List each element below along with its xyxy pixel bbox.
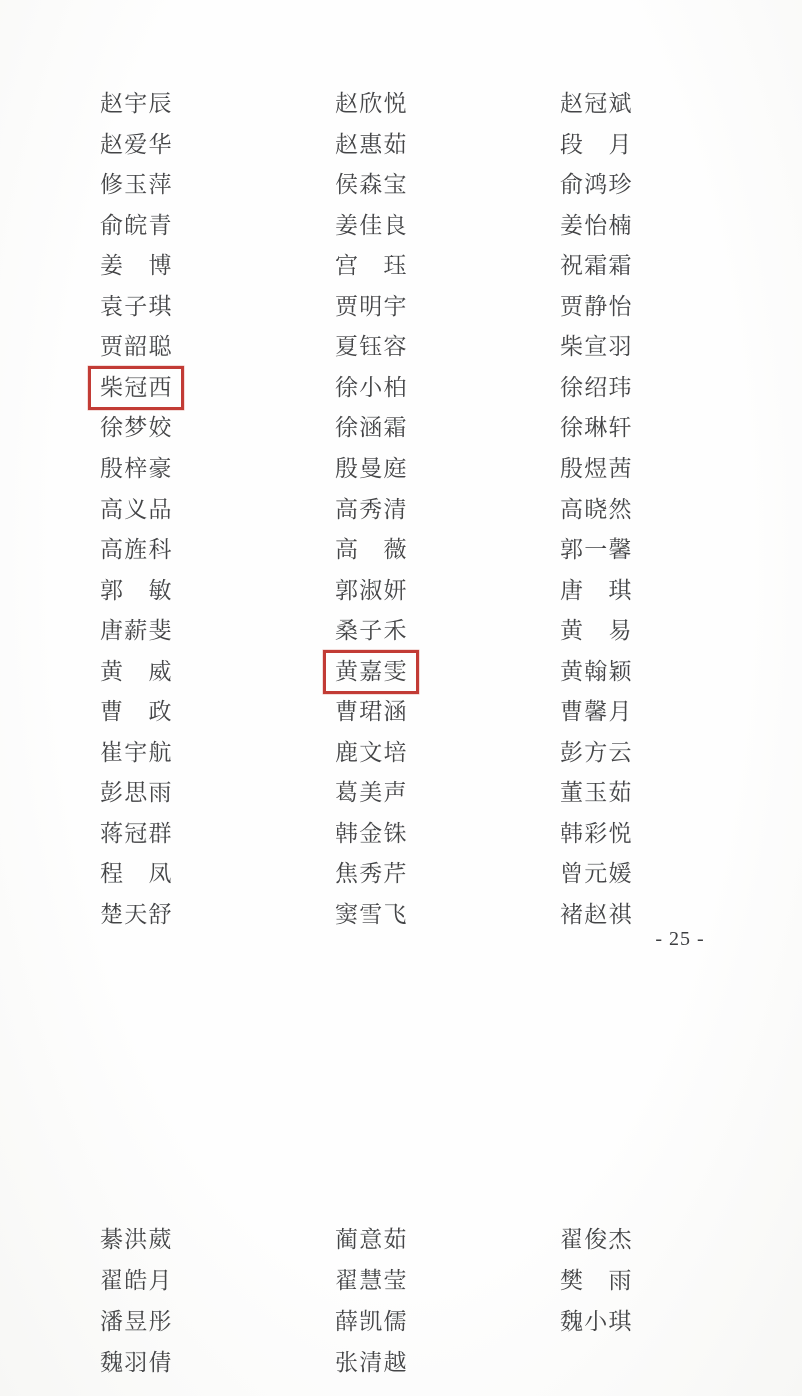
name-cell: 赵宇辰 [100,90,172,118]
name-cell: 段月 [560,131,632,159]
name-cell: 殷曼庭 [335,455,407,483]
name-cell: 徐涵霜 [335,414,407,442]
name-cell: 徐梦姣 [100,414,172,442]
name-cell: 崔宇航 [100,739,172,767]
name-cell: 楚天舒 [100,901,172,929]
name-cell: 姜博 [100,252,172,280]
name-cell: 高晓然 [560,496,632,524]
name-cell: 蒋冠群 [100,820,172,848]
name-cell: 潘昱彤 [100,1308,172,1336]
name-cell: 葛美声 [335,779,407,807]
name-cell: 徐绍玮 [560,374,632,402]
name-cell: 俞皖青 [100,212,172,240]
name-cell: 韩彩悦 [560,820,632,848]
name-cell: 徐琳轩 [560,414,632,442]
name-cell: 韩金铢 [335,820,407,848]
name-cell: 侯森宝 [335,171,407,199]
name-cell: 祝霜霜 [560,252,632,280]
page-number: - 25 - [648,928,712,951]
name-cell: 彭思雨 [100,779,172,807]
name-cell: 郭一馨 [560,536,632,564]
name-cell: 殷煜茜 [560,455,632,483]
name-cell: 赵欣悦 [335,90,407,118]
name-cell: 魏小琪 [560,1308,632,1336]
highlighted-name-cell: 柴冠西 [88,366,184,410]
name-cell: 赵爱华 [100,131,172,159]
name-cell: 宫珏 [335,252,407,280]
name-cell: 焦秀芹 [335,860,407,888]
name-cell: 翟皓月 [100,1267,172,1295]
name-cell: 高秀清 [335,496,407,524]
name-cell: 袁子琪 [100,293,172,321]
name-cell: 樊雨 [560,1267,632,1295]
name-cell: 彭方云 [560,739,632,767]
name-cell: 贾韶聪 [100,333,172,361]
scanned-page: 赵宇辰赵欣悦赵冠斌赵爱华赵惠茹段月修玉萍侯森宝俞鸿珍俞皖青姜佳良姜怡楠姜博宫珏祝… [0,0,802,1396]
name-cell: 翟俊杰 [560,1226,632,1254]
name-cell: 翟慧莹 [335,1267,407,1295]
name-cell: 蔺意茹 [335,1226,407,1254]
name-cell: 高薇 [335,536,407,564]
name-cell: 姜怡楠 [560,212,632,240]
name-cell: 窦雪飞 [335,901,407,929]
name-cell: 姜佳良 [335,212,407,240]
name-cell: 殷梓豪 [100,455,172,483]
name-cell: 程凤 [100,860,172,888]
name-cell: 曹珺涵 [335,698,407,726]
name-cell: 薛凯儒 [335,1308,407,1336]
highlighted-name-cell: 黄嘉雯 [323,650,419,694]
name-cell: 黄易 [560,617,632,645]
name-cell: 綦洪葳 [100,1226,172,1254]
name-cell: 夏钰容 [335,333,407,361]
name-cell: 郭敏 [100,577,172,605]
name-cell: 曹政 [100,698,172,726]
name-cell: 高义品 [100,496,172,524]
name-cell: 鹿文培 [335,739,407,767]
name-cell: 黄威 [100,658,172,686]
name-cell: 赵惠茹 [335,131,407,159]
name-cell: 贾明宇 [335,293,407,321]
name-cell: 徐小柏 [335,374,407,402]
name-cell: 曹馨月 [560,698,632,726]
name-cell: 褚赵祺 [560,901,632,929]
name-cell: 唐薪斐 [100,617,172,645]
name-cell: 贾静怡 [560,293,632,321]
name-cell: 修玉萍 [100,171,172,199]
name-cell: 柴宣羽 [560,333,632,361]
name-cell: 俞鸿珍 [560,171,632,199]
name-cell: 张清越 [335,1349,407,1377]
name-cell: 魏羽倩 [100,1349,172,1377]
name-cell: 黄翰颖 [560,658,632,686]
name-cell: 赵冠斌 [560,90,632,118]
name-cell: 唐琪 [560,577,632,605]
name-cell: 曾元媛 [560,860,632,888]
name-cell: 高旌科 [100,536,172,564]
name-cell: 桑子禾 [335,617,407,645]
name-cell: 郭淑妍 [335,577,407,605]
name-cell: 董玉茹 [560,779,632,807]
